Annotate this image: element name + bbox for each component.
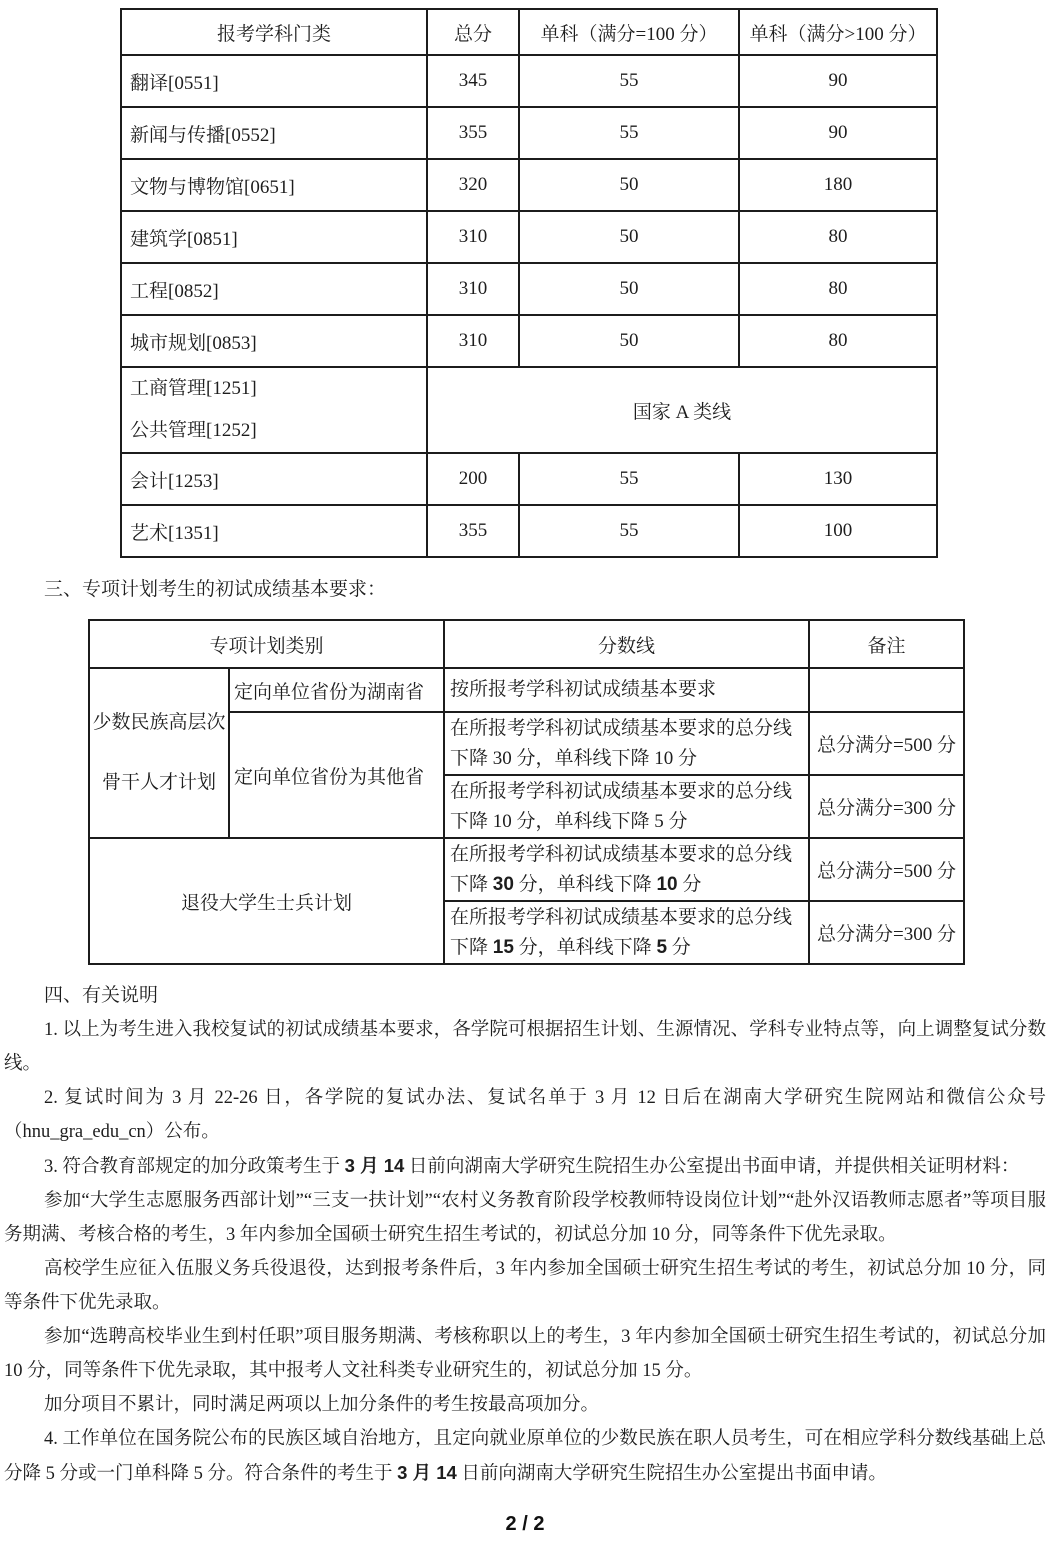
table-row: 会计[1253] 200 55 130 xyxy=(121,453,937,505)
document-page: 报考学科门类 总分 单科（满分=100 分） 单科（满分>100 分） 翻译[0… xyxy=(0,0,1050,1566)
table-header-row: 报考学科门类 总分 单科（满分=100 分） 单科（满分>100 分） xyxy=(121,9,937,55)
single-max100-cell: 55 xyxy=(519,453,739,505)
single-max100-cell: 55 xyxy=(519,505,739,557)
table-row: 少数民族高层次 骨干人才计划 定向单位省份为湖南省 按所报考学科初试成绩基本要求 xyxy=(89,668,964,712)
paragraph-note-3b: 高校学生应征入伍服义务兵役退役，达到报考条件后，3 年内参加全国硕士研究生招生考… xyxy=(4,1252,1046,1320)
special-plan-table: 专项计划类别 分数线 备注 少数民族高层次 骨干人才计划 定向单位省份为湖南省 … xyxy=(88,619,965,965)
paragraph-note-4: 4. 工作单位在国务院公布的民族区域自治地方，且定向就业原单位的少数民族在职人员… xyxy=(4,1422,1046,1491)
single-over100-cell: 80 xyxy=(739,315,937,367)
veteran-plan-cell: 退役大学生士兵计划 xyxy=(89,838,444,964)
single-over100-cell: 80 xyxy=(739,211,937,263)
score-line-cell: 在所报考学科初试成绩基本要求的总分线下降 10 分，单科线下降 5 分 xyxy=(444,775,809,838)
page-number: 2 / 2 xyxy=(0,1513,1050,1536)
table-row: 翻译[0551] 345 55 90 xyxy=(121,55,937,107)
table-header-row: 专项计划类别 分数线 备注 xyxy=(89,620,964,668)
paragraph-note-3: 3. 符合教育部规定的加分政策考生于 3 月 14 日前向湖南大学研究生院招生办… xyxy=(4,1149,1046,1184)
column-header-single-over100: 单科（满分>100 分） xyxy=(739,9,937,55)
table-row: 建筑学[0851] 310 50 80 xyxy=(121,211,937,263)
total-cell: 310 xyxy=(427,315,519,367)
single-max100-cell: 50 xyxy=(519,159,739,211)
category-line-1: 工商管理[1251] xyxy=(130,368,426,410)
minority-plan-line-2: 骨干人才计划 xyxy=(90,753,228,813)
total-cell: 310 xyxy=(427,211,519,263)
single-max100-cell: 50 xyxy=(519,315,739,367)
category-cell: 城市规划[0853] xyxy=(121,315,427,367)
other-province-cell: 定向单位省份为其他省 xyxy=(229,712,444,838)
total-cell: 355 xyxy=(427,107,519,159)
category-line-2: 公共管理[1252] xyxy=(130,410,426,452)
single-over100-cell: 90 xyxy=(739,55,937,107)
table-row-merged: 工商管理[1251] 公共管理[1252] 国家 A 类线 xyxy=(121,367,937,453)
paragraph-note-2: 2. 复试时间为 3 月 22-26 日，各学院的复试办法、复试名单于 3 月 … xyxy=(4,1081,1046,1149)
category-cell: 工程[0852] xyxy=(121,263,427,315)
section-3-heading: 三、专项计划考生的初试成绩基本要求： xyxy=(0,573,1050,607)
single-max100-cell: 55 xyxy=(519,55,739,107)
column-header-category: 报考学科门类 xyxy=(121,9,427,55)
column-header-total: 总分 xyxy=(427,9,519,55)
category-cell: 新闻与传播[0552] xyxy=(121,107,427,159)
single-over100-cell: 100 xyxy=(739,505,937,557)
category-cell: 艺术[1351] xyxy=(121,505,427,557)
paragraph-note-3d: 加分项目不累计，同时满足两项以上加分条件的考生按最高项加分。 xyxy=(4,1388,1046,1422)
category-cell: 建筑学[0851] xyxy=(121,211,427,263)
remark-cell xyxy=(809,668,964,712)
single-max100-cell: 50 xyxy=(519,211,739,263)
total-cell: 200 xyxy=(427,453,519,505)
score-line-cell: 按所报考学科初试成绩基本要求 xyxy=(444,668,809,712)
paragraph-note-3c: 参加“选聘高校毕业生到村任职”项目服务期满、考核称职以上的考生，3 年内参加全国… xyxy=(4,1320,1046,1388)
table-row: 工程[0852] 310 50 80 xyxy=(121,263,937,315)
remark-cell: 总分满分=500 分 xyxy=(809,712,964,775)
category-cell: 工商管理[1251] 公共管理[1252] xyxy=(121,367,427,453)
paragraph-note-3a: 参加“大学生志愿服务西部计划”“三支一扶计划”“农村义务教育阶段学校教师特设岗位… xyxy=(4,1184,1046,1252)
single-over100-cell: 130 xyxy=(739,453,937,505)
single-max100-cell: 55 xyxy=(519,107,739,159)
national-line-cell: 国家 A 类线 xyxy=(427,367,937,453)
minority-plan-cell: 少数民族高层次 骨干人才计划 xyxy=(89,668,229,838)
column-header-single-max100: 单科（满分=100 分） xyxy=(519,9,739,55)
category-cell: 文物与博物馆[0651] xyxy=(121,159,427,211)
hunan-province-cell: 定向单位省份为湖南省 xyxy=(229,668,444,712)
single-over100-cell: 80 xyxy=(739,263,937,315)
column-header-plan-type: 专项计划类别 xyxy=(89,620,444,668)
single-max100-cell: 50 xyxy=(519,263,739,315)
score-line-cell: 在所报考学科初试成绩基本要求的总分线下降 30 分，单科线下降 10 分 xyxy=(444,712,809,775)
table-row: 退役大学生士兵计划 在所报考学科初试成绩基本要求的总分线下降 30 分，单科线下… xyxy=(89,838,964,901)
table-row: 城市规划[0853] 310 50 80 xyxy=(121,315,937,367)
section-4-heading: 四、有关说明 xyxy=(0,979,1050,1013)
score-line-cell: 在所报考学科初试成绩基本要求的总分线下降 15 分，单科线下降 5 分 xyxy=(444,901,809,964)
paragraph-note-1: 1. 以上为考生进入我校复试的初试成绩基本要求，各学院可根据招生计划、生源情况、… xyxy=(4,1013,1046,1081)
table-row: 新闻与传播[0552] 355 55 90 xyxy=(121,107,937,159)
remark-cell: 总分满分=300 分 xyxy=(809,775,964,838)
category-cell: 会计[1253] xyxy=(121,453,427,505)
total-cell: 345 xyxy=(427,55,519,107)
column-header-remark: 备注 xyxy=(809,620,964,668)
single-over100-cell: 180 xyxy=(739,159,937,211)
single-over100-cell: 90 xyxy=(739,107,937,159)
remark-cell: 总分满分=300 分 xyxy=(809,901,964,964)
column-header-score-line: 分数线 xyxy=(444,620,809,668)
score-line-cell: 在所报考学科初试成绩基本要求的总分线下降 30 分，单科线下降 10 分 xyxy=(444,838,809,901)
table-row: 艺术[1351] 355 55 100 xyxy=(121,505,937,557)
table-row: 文物与博物馆[0651] 320 50 180 xyxy=(121,159,937,211)
minority-plan-line-1: 少数民族高层次 xyxy=(90,693,228,753)
total-cell: 355 xyxy=(427,505,519,557)
category-cell: 翻译[0551] xyxy=(121,55,427,107)
subject-score-table: 报考学科门类 总分 单科（满分=100 分） 单科（满分>100 分） 翻译[0… xyxy=(120,8,938,558)
total-cell: 310 xyxy=(427,263,519,315)
total-cell: 320 xyxy=(427,159,519,211)
remark-cell: 总分满分=500 分 xyxy=(809,838,964,901)
